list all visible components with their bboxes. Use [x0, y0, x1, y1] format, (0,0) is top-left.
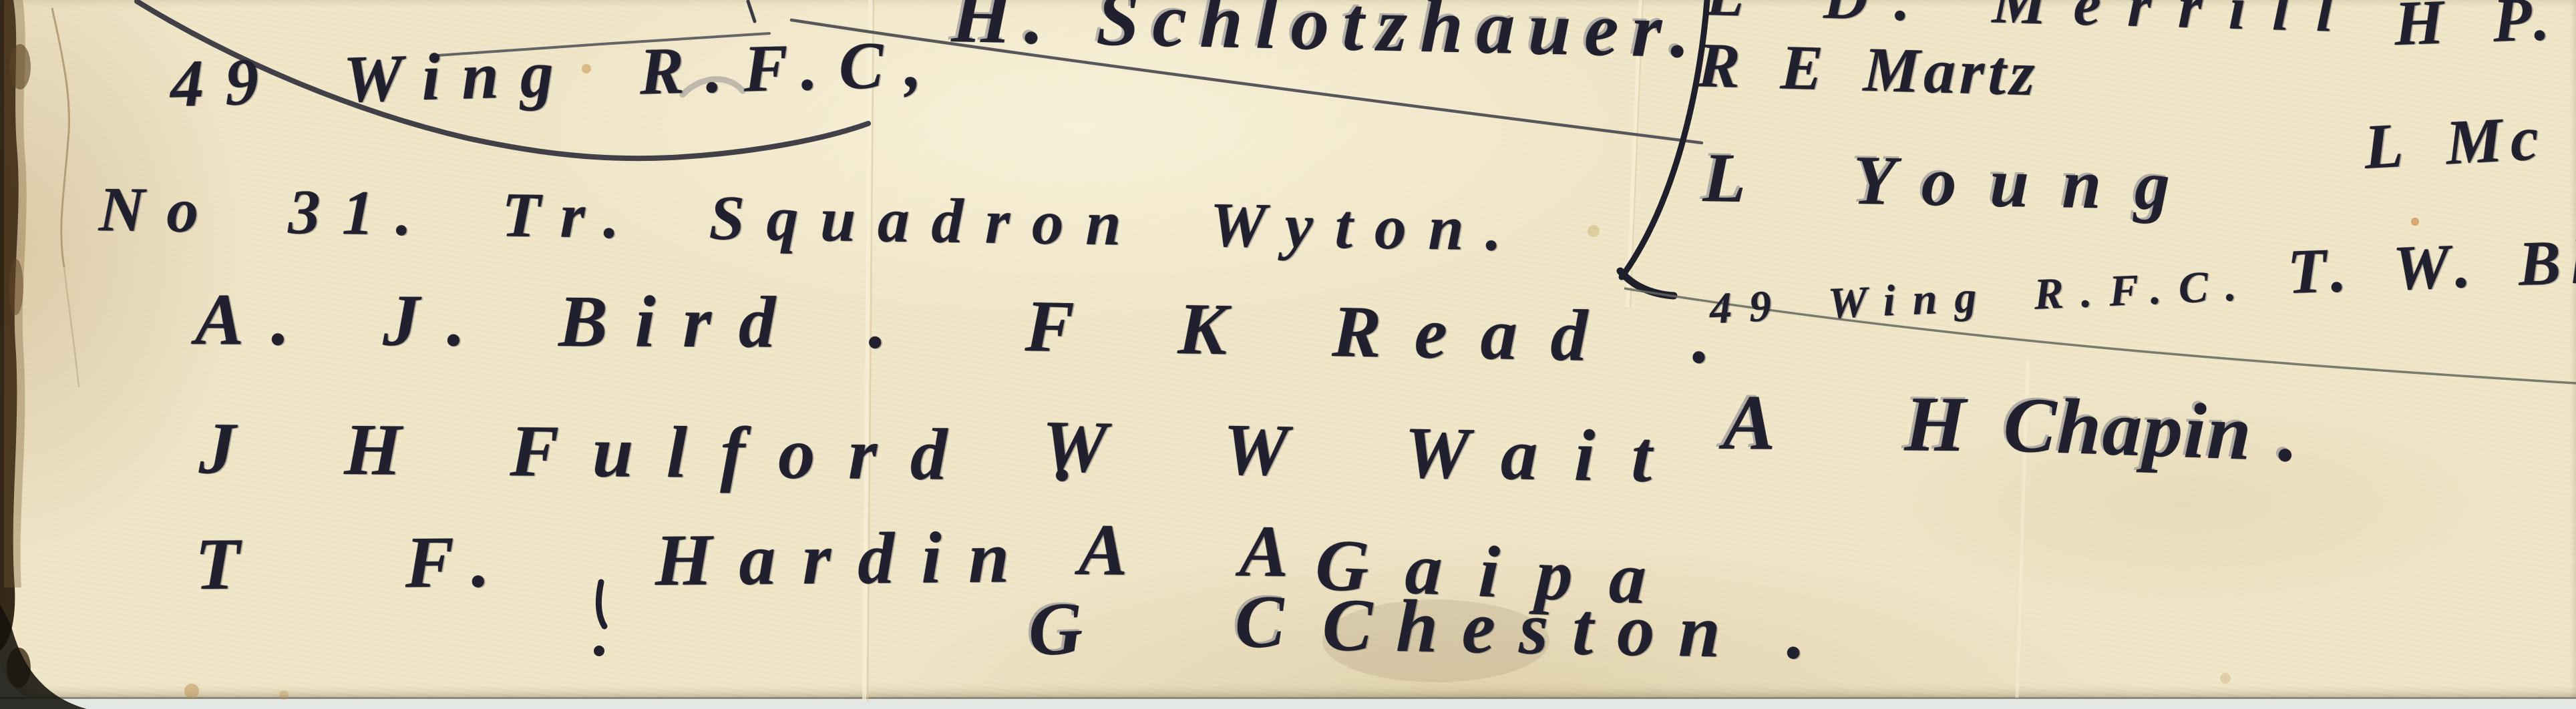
text-name-read: F K Read .: [1025, 284, 1745, 381]
text-name-young: L Young: [1702, 137, 2204, 226]
text-name-martz: R E Martz: [1697, 28, 2040, 110]
scanner-background-strip: [0, 697, 2576, 709]
text-name-chapin-initials: A H: [1722, 377, 2000, 471]
text-name-hardin: T F. Hardin: [194, 515, 1036, 607]
text-name-cheston-initials: G C: [1027, 577, 1326, 674]
text-name-blake-partial: T. W. Bla: [2286, 223, 2576, 308]
text-name-chapin-surname: Chapin .: [2002, 379, 2302, 480]
scanned-document: 49 Wing R.F.C, No 31. Tr. Squadron Wyton…: [0, 0, 2576, 709]
text-name-fulford: J H Fulford .: [198, 406, 1107, 499]
text-name-cheston-surname: Cheston .: [1322, 582, 1831, 677]
text-name-bird: A. J. Bird .: [195, 277, 915, 366]
text-name-wait: W W Wait: [1041, 404, 1690, 500]
text-name-webb-partial: H P. We: [2393, 0, 2576, 60]
